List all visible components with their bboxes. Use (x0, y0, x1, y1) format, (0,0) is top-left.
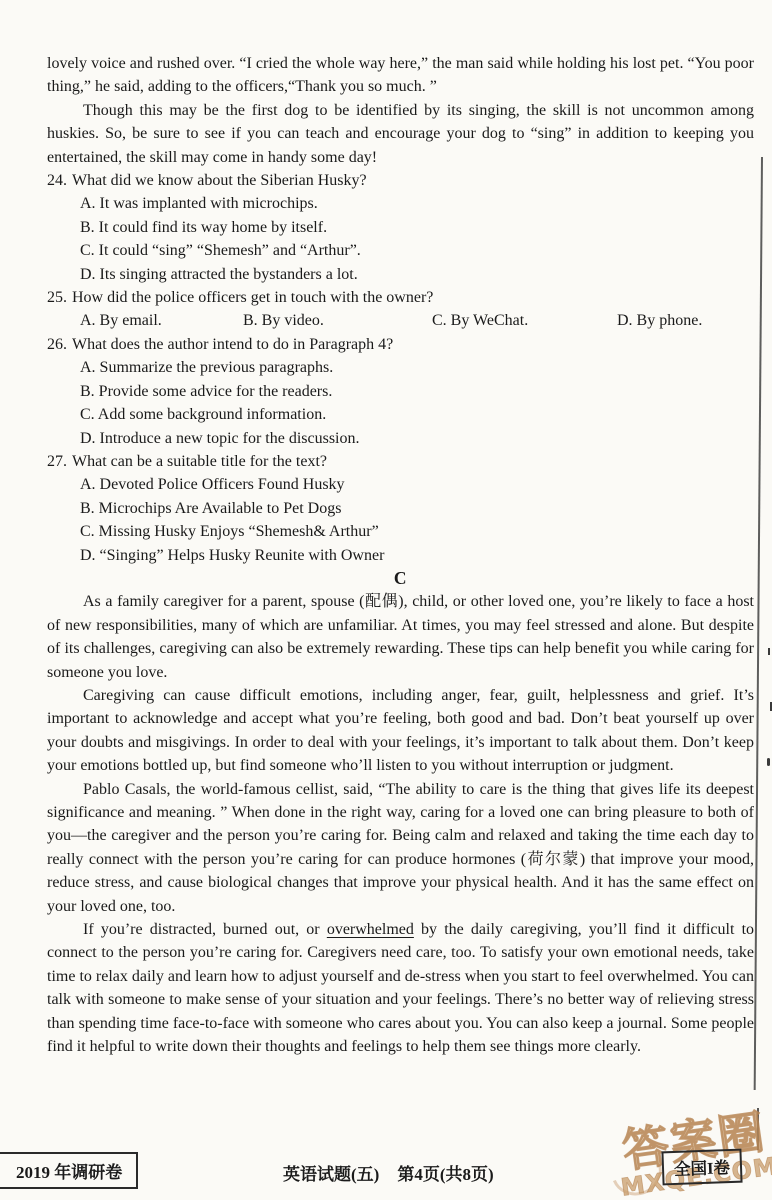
footer-exam-year-box: 2019 年调研卷 (0, 1152, 138, 1189)
watermark-doodle (605, 1142, 668, 1200)
paragraph-4-text-before: If you’re distracted, burned out, or (83, 921, 327, 938)
question-25-text: How did the police officers get in touch… (72, 289, 433, 306)
section-c-header: C (47, 567, 754, 590)
question-26-option-c: C. Add some background information. (47, 403, 754, 426)
underlined-word-overwhelmed: overwhelmed (327, 921, 414, 938)
question-27-option-b: B. Microchips Are Available to Pet Dogs (47, 497, 754, 520)
passage-b-closing-paragraph: Though this may be the first dog to be i… (47, 99, 754, 169)
passage-c-paragraph-3: Pablo Casals, the world-famous cellist, … (47, 778, 754, 918)
question-24-option-b: B. It could find its way home by itself. (47, 216, 754, 239)
question-27-number: 27. (47, 453, 67, 470)
question-25-stem: 25.How did the police officers get in to… (47, 286, 754, 309)
footer-page-number: 第4页(共8页) (397, 1160, 493, 1185)
question-26-option-b: B. Provide some advice for the readers. (47, 380, 754, 403)
exam-text-column: lovely voice and rushed over. “I cried t… (47, 52, 754, 1058)
question-25-option-c: C. By WeChat. (432, 309, 617, 332)
scan-artifact-fragment (767, 758, 770, 766)
passage-c-paragraph-4: If you’re distracted, burned out, or ove… (47, 918, 754, 1058)
question-26: 26.What does the author intend to do in … (47, 333, 754, 450)
question-26-text: What does the author intend to do in Par… (72, 336, 393, 353)
question-25: 25.How did the police officers get in to… (47, 286, 754, 333)
passage-b-continuation-paragraph: lovely voice and rushed over. “I cried t… (47, 52, 754, 99)
question-24-option-c: C. It could “sing” “Shemesh” and “Arthur… (47, 239, 754, 262)
question-26-number: 26. (47, 336, 67, 353)
question-24-text: What did we know about the Siberian Husk… (72, 172, 367, 189)
question-25-options-row: A. By email. B. By video. C. By WeChat. … (47, 309, 754, 332)
question-26-option-d: D. Introduce a new topic for the discuss… (47, 427, 754, 450)
question-27-option-d: D. “Singing” Helps Husky Reunite with Ow… (47, 544, 754, 567)
question-26-option-a: A. Summarize the previous paragraphs. (47, 356, 754, 379)
question-25-option-d: D. By phone. (617, 309, 754, 332)
question-24-option-a: A. It was implanted with microchips. (47, 192, 754, 215)
question-25-number: 25. (47, 289, 67, 306)
footer-center: 英语试题(五) 第4页(共8页) (283, 1160, 494, 1185)
scanned-exam-page: lovely voice and rushed over. “I cried t… (0, 0, 772, 1200)
footer-region-box: 全国I卷 (661, 1149, 742, 1186)
footer-subject-title: 英语试题(五) (283, 1160, 379, 1185)
question-24-number: 24. (47, 172, 67, 189)
paragraph-4-text-after: by the daily caregiving, you’ll find it … (47, 921, 754, 1055)
question-27-option-c: C. Missing Husky Enjoys “Shemesh& Arthur… (47, 520, 754, 543)
scan-artifact-vertical-line (754, 157, 763, 1090)
question-27: 27.What can be a suitable title for the … (47, 450, 754, 567)
question-24-stem: 24.What did we know about the Siberian H… (47, 169, 754, 192)
question-25-option-a: A. By email. (80, 309, 243, 332)
question-25-option-b: B. By video. (243, 309, 432, 332)
question-24: 24.What did we know about the Siberian H… (47, 169, 754, 286)
passage-c-paragraph-1: As a family caregiver for a parent, spou… (47, 590, 754, 684)
question-24-option-d: D. Its singing attracted the bystanders … (47, 263, 754, 286)
question-27-stem: 27.What can be a suitable title for the … (47, 450, 754, 473)
scan-artifact-vertical-line-short (757, 1108, 759, 1150)
question-27-option-a: A. Devoted Police Officers Found Husky (47, 473, 754, 496)
question-26-stem: 26.What does the author intend to do in … (47, 333, 754, 356)
scan-artifact-fragment (768, 648, 770, 655)
question-27-text: What can be a suitable title for the tex… (72, 453, 327, 470)
passage-c-paragraph-2: Caregiving can cause difficult emotions,… (47, 684, 754, 778)
